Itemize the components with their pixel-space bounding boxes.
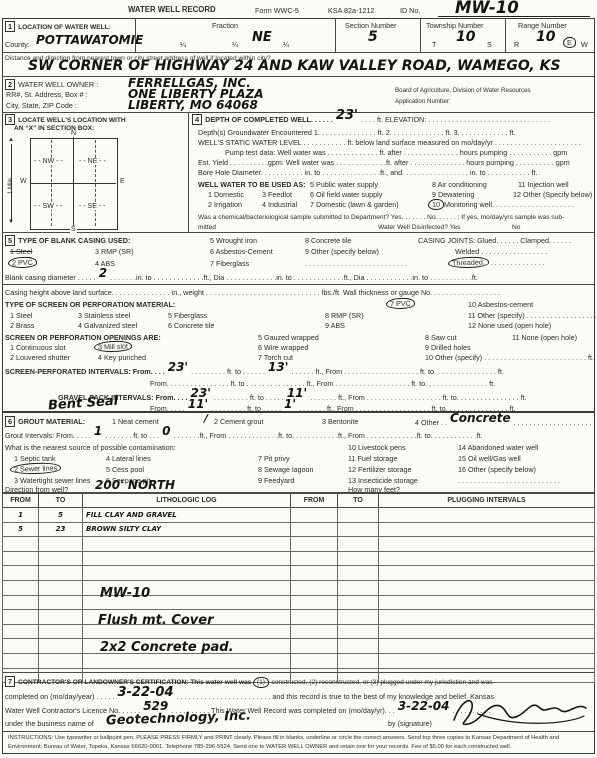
lithologic-row [3, 537, 595, 552]
instructions-line-2: Environment, Bureau of Water, Topeka, Ka… [8, 743, 511, 751]
screen-4: 4 Galvanized steel [78, 321, 137, 330]
opening-2: 2 Louvered shutter [10, 353, 70, 362]
lithologic-row [3, 639, 595, 654]
compass-s: S [70, 226, 77, 233]
address-label: RR#, St. Address, Box # : [6, 90, 88, 99]
contam-14: 14 Abandoned water well [458, 443, 538, 452]
contam-15: 15 Oil well/Gas well [458, 454, 521, 463]
quarter-2: ¼ [232, 40, 238, 49]
openings-title: SCREEN OR PERFORATION OPENINGS ARE: [5, 333, 161, 342]
range-r: R [514, 40, 519, 49]
one-mile-label: 1 Mile [8, 178, 14, 194]
screen-3: 3 Stainless steel [78, 311, 130, 320]
col-plugging-intervals: PLUGGING INTERVALS [379, 494, 595, 508]
contam-8: 8 Sewage lagoon [258, 465, 314, 474]
lithologic-row [3, 624, 595, 639]
contam-5: 5 Cess pool [106, 465, 144, 474]
opening-6: 6 Wire wrapped [258, 343, 308, 352]
casing-5: 5 Wrought iron [210, 236, 257, 245]
range-w: W [581, 40, 588, 49]
opening-8: 8 Saw cut [425, 333, 457, 342]
well-note-pad: 2x2 Concrete pad. [100, 640, 234, 655]
section-4-badge: 4 [192, 114, 202, 125]
direction-value: 200' NORTH [95, 478, 175, 492]
disinfected-no: No [512, 223, 520, 232]
lithologic-row [3, 595, 595, 610]
statute-ref: KSA 82a-1212 [328, 6, 374, 15]
casing-2-circled: 2 PVC [8, 257, 37, 269]
use-8: 8 Air conditioning [432, 180, 487, 189]
opening-9: 9 Drilled holes [425, 343, 471, 352]
gravel-interval2-from: 11' [188, 397, 208, 411]
arrow-down-icon: ▼ [8, 219, 14, 225]
screen-interval-to: 13' [268, 360, 288, 374]
use-11: 11 Injection well [518, 180, 569, 189]
casing-height-line: Casing height above land surface. . . . … [5, 288, 500, 297]
sample-question-line: Was a chemical/bacteriological sample su… [198, 213, 564, 222]
screen-12: 12 None used (open hole) [468, 321, 551, 330]
grout-interval-to: 0 [162, 424, 170, 438]
pump-test-line: Pump test data: Well water was . . . . .… [225, 148, 567, 157]
casing-1: 1 Steel [10, 247, 32, 256]
locate-title-2: AN “X” IN SECTION BOX: [14, 124, 94, 133]
contam-12: 12 Fertilizer storage [348, 465, 412, 474]
grout-4-label: 4 Other . . [415, 418, 447, 427]
form-title: WATER WELL RECORD [128, 5, 216, 14]
well-id-value: MW-10 [455, 0, 519, 17]
lithologic-row: 5 23 BROWN SILTY CLAY [3, 522, 595, 537]
lithologic-row [3, 580, 595, 595]
quadrant-ne: - - NE - - [78, 158, 107, 165]
locate-title-1: LOCATE WELL'S LOCATION WITH [18, 117, 126, 124]
lithologic-row [3, 551, 595, 566]
elevation-label: . . . . ft. ELEVATION: . . . . . . . . .… [361, 115, 550, 124]
range-value: 10 [536, 29, 555, 45]
section-1-badge: 1 [5, 21, 15, 32]
contam-2-circled: 2 Sewer lines [10, 462, 62, 475]
grout-title: GROUT MATERIAL: [18, 417, 85, 426]
lithologic-row [3, 653, 595, 668]
lithologic-row [3, 566, 595, 581]
use-4: 4 Industrial [262, 200, 297, 209]
township-t: T [432, 40, 436, 49]
opening-10: 10 Other (specify) . . . . . . . . . . .… [425, 353, 594, 362]
groundwater-line: Depth(s) Groundwater Encountered 1. . . … [198, 128, 516, 137]
col-lithologic-log: LITHOLOGIC LOG [83, 494, 291, 508]
contam-13: 13 Insecticide storage [348, 476, 418, 485]
section-7-badge: 7 [5, 676, 15, 687]
business-name-label: under the business name of [5, 719, 94, 728]
opening-4: 4 Key punched [98, 353, 146, 362]
arrow-up-icon: ▲ [8, 137, 14, 143]
screen-1: 1 Steel [10, 311, 32, 320]
use-6: 6 Oil field water supply [310, 190, 382, 199]
disinfected-label: Water Well Disinfected? Yes [378, 223, 460, 232]
completed-date-value: 3-22-04 [117, 685, 173, 700]
depth-label: DEPTH OF COMPLETED WELL. . . . . . [205, 115, 333, 124]
use-10-label: Monitoring well [444, 200, 492, 209]
grout-interval-from: 1 [94, 424, 102, 438]
screen-11: 11 Other (specify) . . . . . . . . . . .… [468, 311, 597, 320]
section-6-badge: 6 [5, 416, 15, 427]
contam-4: 4 Lateral lines [106, 454, 151, 463]
screen-10: 10 Asbestos-cement [468, 300, 533, 309]
diameter-value: 2 [99, 266, 107, 280]
well-note-cover: Flush mt. Cover [98, 613, 214, 628]
well-note-id: MW-10 [100, 586, 150, 601]
township-value: 10 [456, 29, 475, 45]
use-title: WELL WATER TO BE USED AS: [198, 180, 306, 189]
id-underline [438, 16, 590, 17]
quadrant-se: - - SE - - [78, 203, 106, 210]
col-from: FROM [3, 494, 39, 508]
casing-7: 7 Fiberglass [210, 259, 249, 268]
depth-value: 23' [336, 108, 358, 123]
casing-8: 8 Concrete tile [305, 236, 351, 245]
compass-e: E [119, 178, 126, 185]
id-label: ID No. [400, 6, 420, 15]
contam-other-dots: . . . . . . . . . . . . . . . . . . . . … [458, 476, 560, 485]
opening-1: 1 Continuous slot [10, 343, 66, 352]
record-completed-date-value: 3-22-04 [398, 699, 450, 713]
lithologic-row: 1 5 FILL CLAY AND GRAVEL [3, 508, 595, 523]
quarter-3: ¼ [283, 40, 289, 49]
cert-option-1-circled: (1) [253, 677, 269, 689]
owner-label: WATER WELL OWNER : [18, 80, 98, 89]
use-5: 5 Public water supply [310, 180, 378, 189]
diameter-label: Blank casing diameter . . . . . [5, 273, 96, 282]
quadrant-sw: - - SW - - [33, 203, 63, 210]
use-3: 3 Feedlot [262, 190, 292, 199]
lithologic-row [3, 610, 595, 625]
screen-5: 5 Fiberglass [168, 311, 207, 320]
grout-2: 2 Cement grout [214, 417, 264, 426]
gravel-interval2-to: 1' [284, 397, 296, 411]
quarter-1: ¼ [180, 40, 186, 49]
screen-7-pvc-circled: 7 PVC [386, 298, 415, 310]
casing-3: 3 RMP (SR) [95, 247, 134, 256]
casing-9: 9 Other (specify below) [305, 247, 379, 256]
contam-9: 9 Feedyard [258, 476, 294, 485]
section-2-badge: 2 [5, 79, 15, 90]
completed-on-label: completed on (mo/day/year) . . . . . [5, 692, 114, 701]
township-s: S [487, 40, 492, 49]
section-number-value: 5 [368, 29, 378, 45]
col-from-2: FROM [291, 494, 338, 508]
city-state-zip-value: LIBERTY, MO 64068 [128, 98, 258, 112]
quadrant-nw: - - NW - - [33, 158, 64, 165]
screen-6: 6 Concrete tile [168, 321, 214, 330]
section-box [30, 138, 118, 230]
casing-joints-label: CASING JOINTS: Glued. . . . . . Clamped.… [418, 236, 571, 245]
use-12: 12 Other (Specify below) [513, 190, 592, 199]
bore-hole-line: Bore Hole Diameter. . . . . . . . . . . … [198, 168, 538, 177]
section-1-title: LOCATION OF WATER WELL: [18, 24, 111, 31]
grout-3: 3 Bentonite [322, 417, 358, 426]
casing-other-dots: . . . . . . . . . . . . . . . . . . . . … [305, 259, 407, 268]
contam-10: 10 Livestock pens [348, 443, 406, 452]
joints-welded: Welded . . . . . . . . . . . . . . . . . [455, 247, 547, 256]
county-value: POTTAWATOMIE [36, 33, 143, 47]
county-label: County: [5, 40, 30, 49]
grout-2-checkmark: / [204, 412, 208, 425]
sample-question-line2: mitted [198, 223, 216, 232]
grout-other-value: Concrete [450, 411, 511, 425]
joints-threaded-circled: Threaded. [448, 256, 489, 268]
signature-scribble [448, 694, 590, 730]
grout-1: 1 Neat cement [112, 417, 159, 426]
opening-5: 5 Gauzed wrapped [258, 333, 319, 342]
screen-intervals-label: SCREEN-PERFORATED INTERVALS: From. . . . [5, 367, 165, 376]
opening-11: 11 None (open hole) [512, 333, 577, 342]
use-1: 1 Domestic [208, 190, 244, 199]
agency-label: Board of Agriculture, Division of Water … [395, 86, 531, 95]
casing-title: TYPE OF BLANK CASING USED: [18, 236, 130, 245]
contam-3: 3 Watertight sewer lines [14, 476, 90, 485]
section-5-badge: 5 [5, 235, 15, 246]
compass-n: N [70, 130, 77, 137]
use-2: 2 Irrigation [208, 200, 242, 209]
grout-intervals-label: Grout Intervals: From. . . . . [5, 431, 91, 440]
distance-value: SW CORNER OF HIGHWAY 24 AND KAW VALLEY R… [28, 58, 561, 74]
use-7: 7 Domestic (lawn & garden) [310, 200, 399, 209]
col-to-2: TO [338, 494, 379, 508]
contamination-title: What is the nearest source of possible c… [5, 443, 176, 452]
fraction-value: NE [252, 30, 272, 45]
lithologic-log-table: FROM TO LITHOLOGIC LOG FROM TO PLUGGING … [2, 493, 595, 683]
application-number-label: Application Number: [395, 97, 451, 106]
city-state-zip-label: City, State, ZIP Code : [6, 101, 77, 110]
screen-interval-from: 23' [168, 360, 188, 374]
range-east-circled: E [563, 37, 576, 48]
casing-6: 6 Asbestos-Cement [210, 247, 273, 256]
screen-material-title: TYPE OF SCREEN OR PERFORATION MATERIAL: [5, 300, 175, 309]
screen-8: 8 RMP (SR) [325, 311, 364, 320]
water-well-record-form: WATER WELL RECORD Form WWC-5 KSA 82a-121… [0, 0, 597, 758]
contam-11: 11 Fuel storage [348, 454, 397, 463]
instructions-line-1: INSTRUCTIONS: Use typewriter or ballpoin… [8, 734, 559, 742]
fraction-label: Fraction [212, 21, 238, 30]
contam-7: 7 Pit privy [258, 454, 290, 463]
contam-1: 1 Septic tank [14, 454, 56, 463]
col-to: TO [39, 494, 83, 508]
form-number: Form WWC-5 [255, 6, 299, 15]
use-9: 9 Dewatering [432, 190, 474, 199]
use-10-circled: 10 [428, 199, 444, 211]
est-yield-line: Est. Yield . . . . . . . . . .gpm: Well … [198, 158, 570, 167]
screen-2: 2 Brass [10, 321, 34, 330]
compass-w: W [19, 178, 28, 185]
opening-3-circled: 3 Mill slot [94, 340, 132, 352]
contam-16: 16 Other (specify below) [458, 465, 536, 474]
screen-9: 9 ABS [325, 321, 345, 330]
static-level-line: WELL'S STATIC WATER LEVEL . . . . . . . … [198, 138, 581, 147]
signature-label: by (signature) [388, 719, 432, 728]
